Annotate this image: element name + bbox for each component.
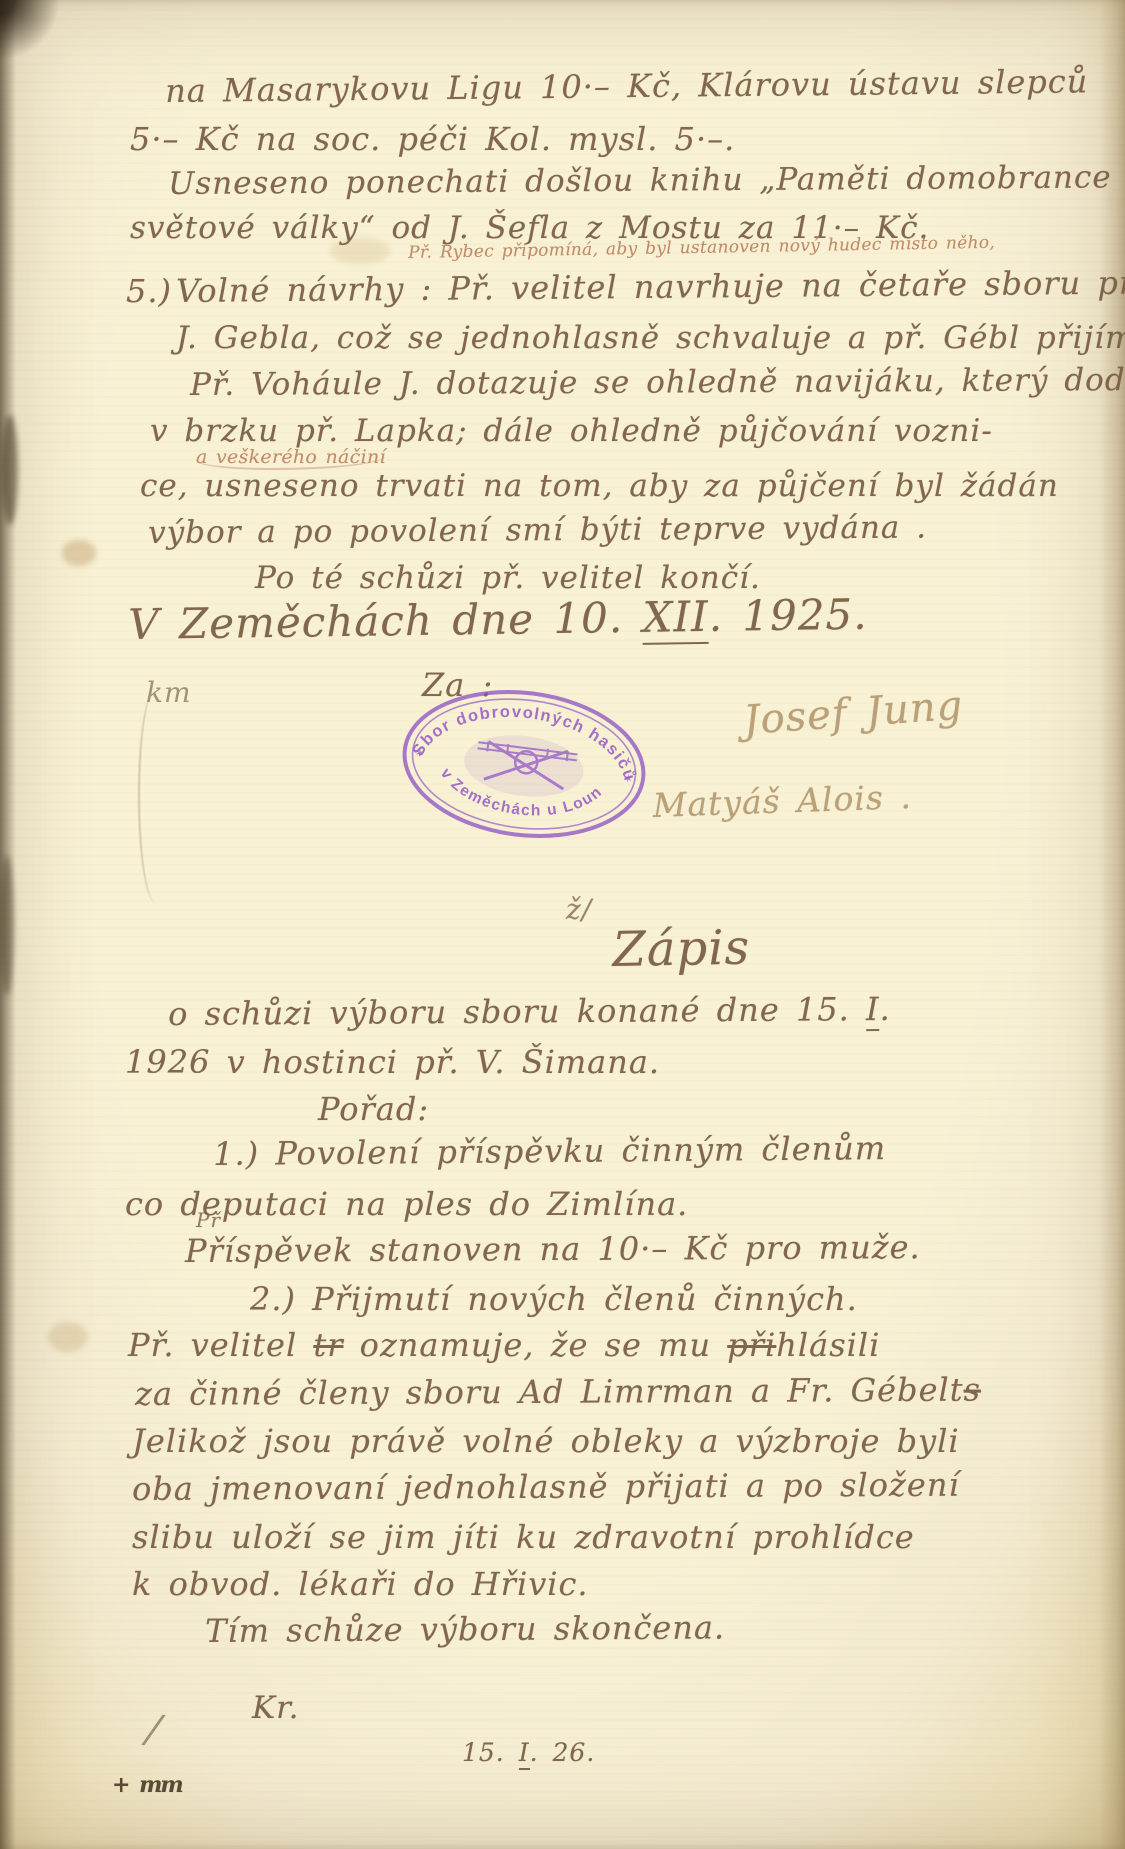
minutes-line: ce, usneseno trvati na tom, aby za půjče… — [140, 468, 1059, 504]
struck-letter: s — [963, 1371, 981, 1409]
minutes-line: Příspěvek stanoven na 10·– Kč pro muže. — [185, 1228, 921, 1270]
minutes-line: Po té schůzi př. velitel končí. — [255, 560, 761, 596]
stamp-star-right: ✶ — [622, 771, 634, 786]
minutes-line: Volné návrhy : Př. velitel navrhuje na č… — [176, 264, 1125, 310]
foxing-spot — [48, 1322, 88, 1352]
minutes-line: slibu uloží se jim jíti ku zdravotní pro… — [132, 1518, 915, 1556]
minutes-line: Jelikož jsou právě volné obleky a výzbro… — [132, 1422, 960, 1460]
dateline: V Zeměchách dne 10. XII. 1925. — [128, 590, 868, 649]
minutes-line: Usneseno ponechati došlou knihu „Paměti … — [168, 159, 1125, 202]
pencil-arc-mark — [138, 688, 174, 903]
minutes-line: Př. velitel tr oznamuje, že se mu přihlá… — [128, 1326, 880, 1364]
intro-day-roman: I — [866, 990, 880, 1031]
pencil-slash-mark: / — [144, 1706, 165, 1754]
dark-corner — [0, 0, 90, 70]
intro-pre: o schůzi výboru sboru konané dne 15. — [168, 990, 866, 1033]
minutes-line: 1.) Povolení příspěvku činným členům — [213, 1129, 886, 1173]
minutes-line: oba jmenovaní jednohlasně přijati a po s… — [132, 1466, 960, 1508]
margin-mark: km — [146, 676, 192, 709]
minutes-line: 1926 v hostinci př. V. Šimana. — [125, 1043, 660, 1081]
minutes-line: na Masarykovu Ligu 10·– Kč, Klárovu ústa… — [165, 62, 1089, 110]
signature-matyas: Matyáš Alois . — [652, 777, 912, 825]
footer-date-pre: 15. — [462, 1738, 519, 1767]
entry-heading: Zápis — [612, 920, 751, 978]
dateline-post: . 1925. — [708, 590, 868, 641]
edge-stain — [0, 855, 14, 995]
pencil-corner-marks: + mm — [112, 1772, 182, 1798]
intro-post: . — [879, 990, 890, 1028]
minutes-line: 5·– Kč na soc. péči Kol. mysl. 5·–. — [130, 120, 735, 158]
velitel-b: oznamuje, že se mu — [344, 1326, 728, 1364]
minutes-line: k obvod. lékaři do Hřivic. — [132, 1565, 589, 1603]
foxing-spot — [62, 540, 96, 566]
minutes-line: o schůzi výboru sboru konané dne 15. I. — [168, 990, 891, 1033]
stamp-svg: Sbor dobrovolných hasičů v Zeměchách u L… — [390, 673, 659, 855]
manuscript-page: na Masarykovu Ligu 10·– Kč, Klárovu ústa… — [0, 0, 1125, 1849]
secretary-initials: Kr. — [252, 1690, 299, 1726]
footer-date-roman: I — [519, 1738, 530, 1770]
struck-word: tr — [313, 1326, 343, 1364]
velitel-a: Př. velitel — [128, 1326, 313, 1364]
struck-word: při — [727, 1326, 776, 1364]
members-a: za činné členy sboru Ad Limrman a Fr. Gé… — [135, 1371, 964, 1413]
minutes-line: v brzku př. Lapka; dále ohledně půjčován… — [150, 413, 993, 449]
minutes-line: 2.) Přijmutí nových členů činných. — [250, 1280, 858, 1318]
minutes-line: za činné členy sboru Ad Limrman a Fr. Gé… — [135, 1371, 981, 1413]
footer-date-post: . 26. — [530, 1738, 596, 1767]
edge-stain — [2, 415, 18, 525]
heading-flourish: ž/ — [566, 893, 592, 926]
stamp-star-left: ✶ — [414, 746, 426, 761]
velitel-c: hlásili — [776, 1326, 880, 1364]
signature-jung: Josef Jung — [742, 683, 965, 744]
dateline-pre: V Zeměchách dne 10. — [128, 593, 643, 649]
correction-mark: Př — [196, 1208, 221, 1232]
minutes-line: Př. Voháule J. dotazuje se ohledně navij… — [190, 362, 1125, 403]
dateline-month-roman: XII — [642, 592, 709, 645]
rubber-stamp: Sbor dobrovolných hasičů v Zeměchách u L… — [390, 673, 659, 855]
minutes-line: J. Gebla, což se jednohlasně schvaluje a… — [176, 320, 1125, 356]
footer-date: 15. I. 26. — [462, 1738, 595, 1767]
minutes-line: výbor a po povolení smí býti teprve vydá… — [148, 510, 927, 551]
minutes-line: Tím schůze výboru skončena. — [205, 1608, 725, 1650]
minutes-line: Pořad: — [318, 1090, 429, 1128]
item-number: 5.) — [126, 272, 172, 310]
inserted-red-note: a veškerého náčiní — [196, 446, 386, 470]
